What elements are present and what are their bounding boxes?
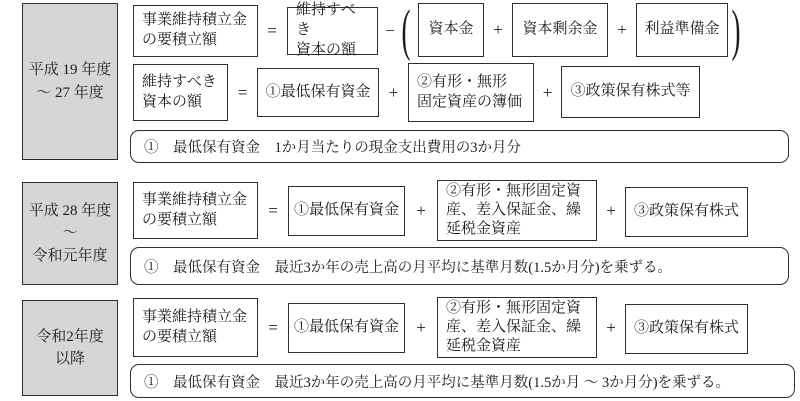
box-capital-surplus: 資本剰余金: [512, 3, 608, 57]
plus-operator: +: [535, 63, 560, 122]
era-label-h19-h27: 平成 19 年度 〜 27 年度: [22, 3, 118, 160]
open-paren: (: [402, 0, 411, 60]
box-minimum-held-funds: ①最低保有資金: [288, 186, 405, 236]
minus-operator: −: [378, 7, 402, 55]
box-policy-held-shares: ③政策保有株式: [625, 304, 748, 354]
box-policy-held-shares: ③政策保有株式: [625, 187, 748, 237]
plus-operator: +: [485, 3, 511, 57]
box-capital-to-maintain: 維持すべき 資本の額: [133, 64, 228, 121]
equals-operator: =: [259, 298, 287, 357]
equals-operator: =: [258, 5, 286, 57]
box-fixed-assets-deposits-deferred-tax: ②有形・無形固定資 産、差入保証金、繰 延税金資産: [437, 180, 597, 241]
box-required-reserve-amount: 事業維持積立金 の要積立額: [133, 5, 258, 57]
note-minimum-held-funds-definition: ① 最低保有資金 最近3か年の売上高の月平均に基準月数(1.5か月 〜 3か月分…: [130, 364, 795, 398]
equals-operator: =: [229, 64, 256, 121]
equals-operator: =: [259, 182, 287, 239]
box-capital-to-maintain: 維持すべき 資本の額: [287, 7, 378, 55]
plus-operator: +: [406, 182, 436, 239]
box-earned-reserve: 利益準備金: [636, 3, 728, 57]
reserve-fund-formula-diagram: 平成 19 年度 〜 27 年度 事業維持積立金 の要積立額 = 維持すべき 資…: [0, 0, 800, 401]
box-minimum-held-funds: ①最低保有資金: [288, 303, 405, 353]
box-capital-stock: 資本金: [418, 3, 484, 57]
era-label-h28-r1: 平成 28 年度 〜 令和元年度: [22, 182, 118, 285]
note-minimum-held-funds-definition: ① 最低保有資金 最近3か年の売上高の月平均に基準月数(1.5か月分)を乗ずる。: [130, 247, 789, 285]
plus-operator: +: [406, 298, 436, 357]
box-fixed-assets-deposits-deferred-tax: ②有形・無形固定資 産、差入保証金、繰 延税金資産: [437, 297, 597, 358]
plus-operator: +: [609, 3, 635, 57]
era-label-r2-onward: 令和2年度 以降: [22, 300, 118, 396]
plus-operator: +: [380, 64, 407, 121]
close-paren: ): [732, 0, 741, 60]
box-minimum-held-funds: ①最低保有資金: [257, 68, 379, 117]
box-policy-held-shares-etc: ③政策保有株式等: [561, 66, 700, 118]
box-fixed-assets-book-value: ②有形・無形 固定資産の簿価: [408, 63, 534, 122]
plus-operator: +: [598, 297, 624, 358]
box-required-reserve-amount: 事業維持積立金 の要積立額: [133, 182, 258, 239]
note-minimum-held-funds-definition: ① 最低保有資金 1か月当たりの現金支出費用の3か月分: [130, 130, 789, 163]
plus-operator: +: [598, 180, 624, 241]
box-required-reserve-amount: 事業維持積立金 の要積立額: [133, 298, 258, 357]
